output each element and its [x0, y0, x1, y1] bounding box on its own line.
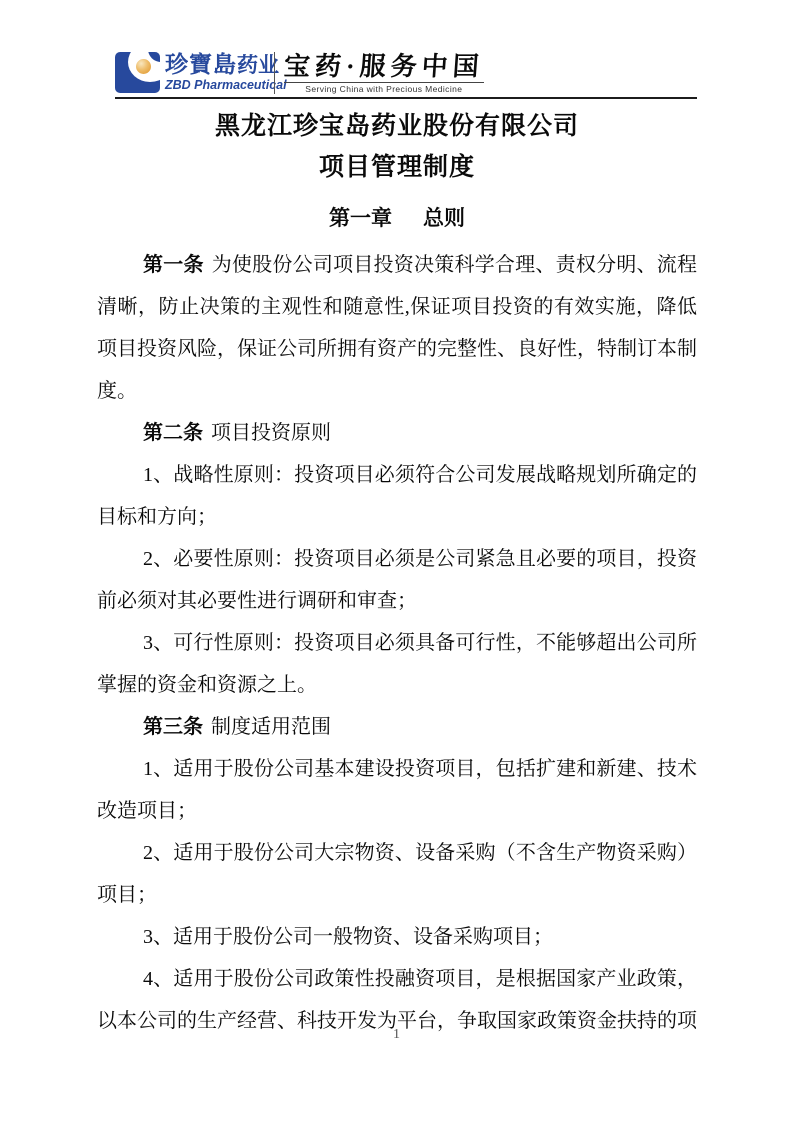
article-3-text: 制度适用范围 — [211, 716, 331, 738]
brand-name-main: 珍寶島 — [165, 52, 237, 77]
chapter-heading: 第一章总则 — [97, 204, 697, 232]
slogan-chinese: 宝药·服务中国 — [283, 53, 485, 80]
slogan-block: 宝药·服务中国 Serving China with Precious Medi… — [284, 52, 484, 94]
company-header: 珍寶島药业 ZBD Pharmaceutical 宝药·服务中国 Serving… — [97, 52, 697, 99]
article-3-label: 第三条 — [143, 716, 203, 738]
article-2-item-1: 1、战略性原则：投资项目必须符合公司发展战略规划所确定的目标和方向； — [97, 454, 697, 538]
brand-name-chinese: 珍寶島药业 — [165, 52, 261, 78]
brand-text-block: 珍寶島药业 ZBD Pharmaceutical — [165, 52, 261, 93]
logo-divider — [274, 52, 275, 94]
document-page: 珍寶島药业 ZBD Pharmaceutical 宝药·服务中国 Serving… — [0, 0, 793, 1122]
article-2-paragraph: 第二条项目投资原则 — [97, 412, 697, 454]
article-3-paragraph: 第三条制度适用范围 — [97, 706, 697, 748]
header-rule — [115, 97, 697, 99]
logo-row: 珍寶島药业 ZBD Pharmaceutical 宝药·服务中国 Serving… — [115, 52, 697, 94]
article-1-text: 为使股份公司项目投资决策科学合理、责权分明、流程清晰，防止决策的主观性和随意性,… — [97, 254, 697, 402]
logo-pearl-icon — [136, 59, 151, 74]
chapter-name: 总则 — [423, 206, 465, 230]
article-2-item-2: 2、必要性原则：投资项目必须是公司紧急且必要的项目，投资前必须对其必要性进行调研… — [97, 538, 697, 622]
article-3-item-2: 2、适用于股份公司大宗物资、设备采购（不含生产物资采购）项目； — [97, 832, 697, 916]
article-2-label: 第二条 — [143, 422, 203, 444]
slogan-english: Serving China with Precious Medicine — [284, 82, 484, 94]
document-subtitle: 项目管理制度 — [97, 152, 697, 184]
chapter-label: 第一章 — [329, 206, 392, 230]
article-3-item-1: 1、适用于股份公司基本建设投资项目，包括扩建和新建、技术改造项目； — [97, 748, 697, 832]
article-1-paragraph: 第一条为使股份公司项目投资决策科学合理、责权分明、流程清晰，防止决策的主观性和随… — [97, 244, 697, 412]
page-content: 珍寶島药业 ZBD Pharmaceutical 宝药·服务中国 Serving… — [97, 52, 697, 1042]
brand-name-suffix: 药业 — [237, 53, 279, 77]
brand-name-english: ZBD Pharmaceutical — [165, 78, 261, 93]
article-2-text: 项目投资原则 — [211, 422, 331, 444]
document-body: 第一条为使股份公司项目投资决策科学合理、责权分明、流程清晰，防止决策的主观性和随… — [97, 244, 697, 1042]
page-number: 1 — [0, 1026, 793, 1044]
article-1-label: 第一条 — [143, 254, 204, 276]
company-logo-icon — [115, 52, 160, 93]
article-2-item-3: 3、可行性原则：投资项目必须具备可行性，不能够超出公司所掌握的资金和资源之上。 — [97, 622, 697, 706]
document-title: 黑龙江珍宝岛药业股份有限公司 — [97, 111, 697, 143]
article-3-item-3: 3、适用于股份公司一般物资、设备采购项目； — [97, 916, 697, 958]
